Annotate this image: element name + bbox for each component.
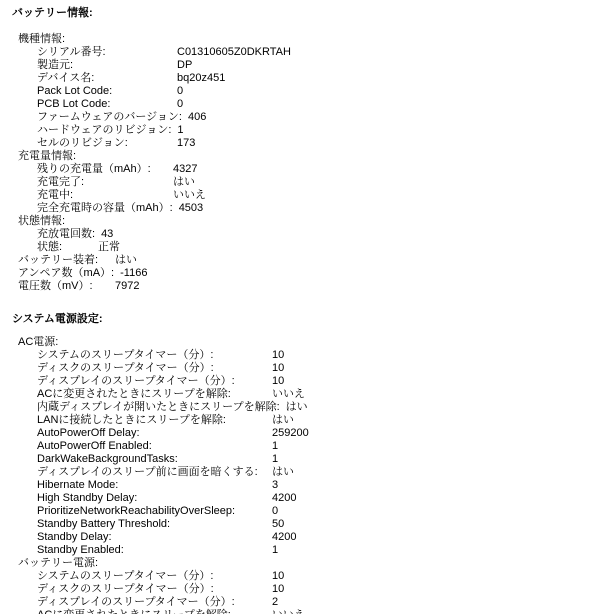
- property-label: 充電中:: [37, 189, 173, 202]
- property-label: システムのスリープタイマー（分）:: [37, 349, 272, 362]
- property-value: 406: [188, 111, 206, 124]
- property-label: ACに変更されたときにスリープを解除:: [37, 609, 272, 614]
- property-label: PrioritizeNetworkReachabilityOverSleep:: [37, 505, 272, 518]
- property-label: ディスプレイのスリープタイマー（分）:: [37, 596, 272, 609]
- property-group: バッテリー電源:システムのスリープタイマー（分）:10ディスクのスリープタイマー…: [0, 557, 614, 614]
- property-label: 製造元:: [37, 59, 177, 72]
- property-row: セルのリビジョン:173: [0, 137, 614, 150]
- property-value: はい: [272, 466, 294, 479]
- property-row: AutoPowerOff Delay:259200: [0, 427, 614, 440]
- property-value: 0: [177, 98, 183, 111]
- property-label: Hibernate Mode:: [37, 479, 272, 492]
- property-value: 1: [272, 544, 278, 557]
- property-group: AC電源:システムのスリープタイマー（分）:10ディスクのスリープタイマー（分）…: [0, 336, 614, 557]
- property-value: はい: [173, 176, 195, 189]
- section-title: システム電源設定:: [0, 313, 614, 326]
- property-row: バッテリー装着:はい: [0, 254, 614, 267]
- property-label: 状態:: [37, 241, 98, 254]
- property-label: ACに変更されたときにスリープを解除:: [37, 388, 272, 401]
- property-row: 内蔵ディスプレイが開いたときにスリープを解除:はい: [0, 401, 614, 414]
- property-value: 3: [272, 479, 278, 492]
- property-value: はい: [286, 401, 308, 414]
- property-value: 4200: [272, 492, 296, 505]
- property-label: Standby Battery Threshold:: [37, 518, 272, 531]
- property-value: 1: [272, 453, 278, 466]
- property-value: 173: [177, 137, 195, 150]
- property-value: 0: [272, 505, 278, 518]
- property-row: デバイス名:bq20z451: [0, 72, 614, 85]
- property-row: ディスプレイのスリープ前に画面を暗くする:はい: [0, 466, 614, 479]
- property-value: 10: [272, 349, 284, 362]
- system-report-pane[interactable]: バッテリー情報:機種情報:シリアル番号:C01310605Z0DKRTAH製造元…: [0, 0, 614, 614]
- property-value: 1: [272, 440, 278, 453]
- property-row: ファームウェアのバージョン:406: [0, 111, 614, 124]
- group-header: 機種情報:: [0, 33, 614, 46]
- property-row: アンペア数（mA）:-1166: [0, 267, 614, 280]
- property-value: 10: [272, 362, 284, 375]
- property-row: ディスプレイのスリープタイマー（分）:10: [0, 375, 614, 388]
- property-label: 残りの充電量（mAh）:: [37, 163, 173, 176]
- property-row: ACに変更されたときにスリープを解除:いいえ: [0, 388, 614, 401]
- property-label: LANに接続したときにスリープを解除:: [37, 414, 272, 427]
- property-label: DarkWakeBackgroundTasks:: [37, 453, 272, 466]
- property-row: PrioritizeNetworkReachabilityOverSleep:0: [0, 505, 614, 518]
- property-value: 2: [272, 596, 278, 609]
- property-row: 電圧数（mV）:7972: [0, 280, 614, 293]
- property-row: 残りの充電量（mAh）:4327: [0, 163, 614, 176]
- property-value: 10: [272, 375, 284, 388]
- property-label: AutoPowerOff Enabled:: [37, 440, 272, 453]
- property-row: PCB Lot Code:0: [0, 98, 614, 111]
- property-value: 7972: [115, 280, 139, 293]
- group-header: 充電量情報:: [0, 150, 614, 163]
- property-label: ディスクのスリープタイマー（分）:: [37, 362, 272, 375]
- property-row: High Standby Delay:4200: [0, 492, 614, 505]
- property-row: システムのスリープタイマー（分）:10: [0, 570, 614, 583]
- property-label: ディスクのスリープタイマー（分）:: [37, 583, 272, 596]
- property-row: 製造元:DP: [0, 59, 614, 72]
- property-value: 4200: [272, 531, 296, 544]
- property-row: Standby Delay:4200: [0, 531, 614, 544]
- property-group: バッテリー装着:はいアンペア数（mA）:-1166電圧数（mV）:7972: [0, 254, 614, 293]
- group-header: AC電源:: [0, 336, 614, 349]
- property-label: AutoPowerOff Delay:: [37, 427, 272, 440]
- property-label: 内蔵ディスプレイが開いたときにスリープを解除:: [37, 401, 286, 414]
- property-row: 充放電回数:43: [0, 228, 614, 241]
- report-document: バッテリー情報:機種情報:シリアル番号:C01310605Z0DKRTAH製造元…: [0, 7, 614, 614]
- property-value: 50: [272, 518, 284, 531]
- property-value: 10: [272, 583, 284, 596]
- property-row: ディスプレイのスリープタイマー（分）:2: [0, 596, 614, 609]
- property-value: C01310605Z0DKRTAH: [177, 46, 291, 59]
- property-value: 10: [272, 570, 284, 583]
- property-value: 43: [101, 228, 113, 241]
- property-label: 充電完了:: [37, 176, 173, 189]
- property-group: 機種情報:シリアル番号:C01310605Z0DKRTAH製造元:DPデバイス名…: [0, 33, 614, 150]
- property-label: PCB Lot Code:: [37, 98, 177, 111]
- property-label: セルのリビジョン:: [37, 137, 177, 150]
- property-row: ACに変更されたときにスリープを解除:いいえ: [0, 609, 614, 614]
- property-label: ディスプレイのスリープタイマー（分）:: [37, 375, 272, 388]
- property-row: シリアル番号:C01310605Z0DKRTAH: [0, 46, 614, 59]
- property-label: シリアル番号:: [37, 46, 177, 59]
- property-label: アンペア数（mA）:: [18, 267, 120, 280]
- property-row: ディスクのスリープタイマー（分）:10: [0, 362, 614, 375]
- report-section-system-power: システム電源設定:AC電源:システムのスリープタイマー（分）:10ディスクのスリ…: [0, 313, 614, 614]
- property-row: Pack Lot Code:0: [0, 85, 614, 98]
- property-row: システムのスリープタイマー（分）:10: [0, 349, 614, 362]
- property-row: Standby Enabled:1: [0, 544, 614, 557]
- property-row: LANに接続したときにスリープを解除:はい: [0, 414, 614, 427]
- property-row: 状態:正常: [0, 241, 614, 254]
- property-group: 充電量情報:残りの充電量（mAh）:4327充電完了:はい充電中:いいえ完全充電…: [0, 150, 614, 215]
- property-label: デバイス名:: [37, 72, 177, 85]
- property-label: Pack Lot Code:: [37, 85, 177, 98]
- property-row: Hibernate Mode:3: [0, 479, 614, 492]
- property-value: 4327: [173, 163, 197, 176]
- property-value: いいえ: [272, 388, 305, 401]
- property-label: ハードウェアのリビジョン:: [37, 124, 177, 137]
- property-value: bq20z451: [177, 72, 225, 85]
- property-row: ディスクのスリープタイマー（分）:10: [0, 583, 614, 596]
- property-value: はい: [272, 414, 294, 427]
- property-row: 充電完了:はい: [0, 176, 614, 189]
- property-value: 正常: [98, 241, 120, 254]
- section-title: バッテリー情報:: [0, 7, 614, 20]
- report-section-battery-info: バッテリー情報:機種情報:シリアル番号:C01310605Z0DKRTAH製造元…: [0, 7, 614, 293]
- property-row: Standby Battery Threshold:50: [0, 518, 614, 531]
- property-row: 完全充電時の容量（mAh）:4503: [0, 202, 614, 215]
- property-label: Standby Delay:: [37, 531, 272, 544]
- property-label: 完全充電時の容量（mAh）:: [37, 202, 179, 215]
- property-label: バッテリー装着:: [18, 254, 115, 267]
- property-value: 1: [177, 124, 183, 137]
- property-row: DarkWakeBackgroundTasks:1: [0, 453, 614, 466]
- property-value: はい: [115, 254, 137, 267]
- property-value: いいえ: [272, 609, 305, 614]
- property-label: ファームウェアのバージョン:: [37, 111, 188, 124]
- property-label: 電圧数（mV）:: [18, 280, 115, 293]
- property-label: システムのスリープタイマー（分）:: [37, 570, 272, 583]
- property-row: ハードウェアのリビジョン:1: [0, 124, 614, 137]
- property-label: High Standby Delay:: [37, 492, 272, 505]
- property-row: 充電中:いいえ: [0, 189, 614, 202]
- property-group: 状態情報:充放電回数:43状態:正常: [0, 215, 614, 254]
- property-value: DP: [177, 59, 192, 72]
- property-label: 充放電回数:: [37, 228, 101, 241]
- property-value: 4503: [179, 202, 203, 215]
- property-value: 0: [177, 85, 183, 98]
- property-value: いいえ: [173, 189, 206, 202]
- group-header: バッテリー電源:: [0, 557, 614, 570]
- property-label: ディスプレイのスリープ前に画面を暗くする:: [37, 466, 272, 479]
- property-row: AutoPowerOff Enabled:1: [0, 440, 614, 453]
- group-header: 状態情報:: [0, 215, 614, 228]
- property-value: -1166: [120, 267, 147, 280]
- property-label: Standby Enabled:: [37, 544, 272, 557]
- property-value: 259200: [272, 427, 309, 440]
